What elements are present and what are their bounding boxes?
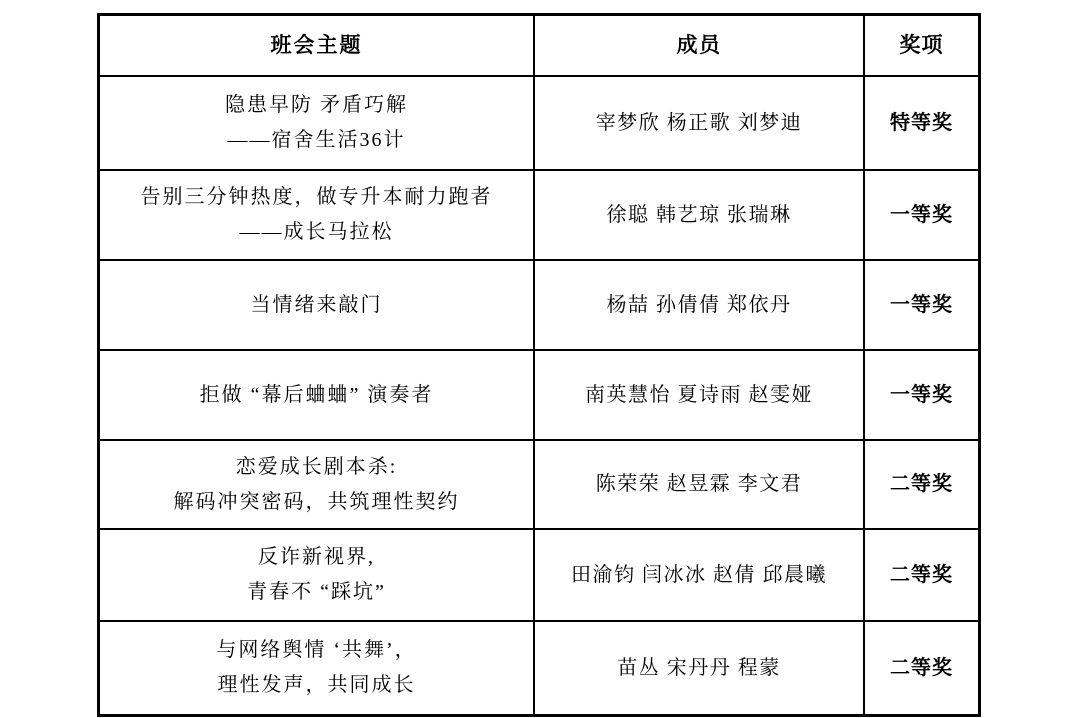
award-cell: 一等奖 bbox=[865, 351, 978, 441]
header-members: 成员 bbox=[535, 16, 865, 77]
theme-cell: 恋爱成长剧本杀: 解码冲突密码，共筑理性契约 bbox=[100, 441, 535, 530]
members-cell: 苗丛 宋丹丹 程蒙 bbox=[535, 622, 865, 714]
members-cell: 宰梦欣 杨正歌 刘梦迪 bbox=[535, 77, 865, 171]
award-cell: 一等奖 bbox=[865, 261, 978, 351]
award-cell: 二等奖 bbox=[865, 530, 978, 622]
award-cell: 一等奖 bbox=[865, 171, 978, 261]
award-cell: 二等奖 bbox=[865, 441, 978, 530]
award-cell: 二等奖 bbox=[865, 622, 978, 714]
award-cell: 特等奖 bbox=[865, 77, 978, 171]
theme-cell: 当情绪来敲门 bbox=[100, 261, 535, 351]
theme-cell: 拒做 “幕后蛐蛐” 演奏者 bbox=[100, 351, 535, 441]
class-meeting-award-table: 班会主题 成员 奖项 隐患早防 矛盾巧解 ——宿舍生活36计 宰梦欣 杨正歌 刘… bbox=[97, 13, 981, 717]
header-theme: 班会主题 bbox=[100, 16, 535, 77]
theme-cell: 与网络舆情 ‘共舞’， 理性发声，共同成长 bbox=[100, 622, 535, 714]
members-cell: 南英慧怡 夏诗雨 赵雯娅 bbox=[535, 351, 865, 441]
theme-cell: 告别三分钟热度，做专升本耐力跑者 ——成长马拉松 bbox=[100, 171, 535, 261]
theme-cell: 反诈新视界, 青春不 “踩坑” bbox=[100, 530, 535, 622]
members-cell: 田渝钧 闫冰冰 赵倩 邱晨曦 bbox=[535, 530, 865, 622]
theme-cell: 隐患早防 矛盾巧解 ——宿舍生活36计 bbox=[100, 77, 535, 171]
members-cell: 陈荣荣 赵昱霖 李文君 bbox=[535, 441, 865, 530]
members-cell: 徐聪 韩艺琼 张瑞琳 bbox=[535, 171, 865, 261]
header-award: 奖项 bbox=[865, 16, 978, 77]
page: 班会主题 成员 奖项 隐患早防 矛盾巧解 ——宿舍生活36计 宰梦欣 杨正歌 刘… bbox=[0, 0, 1080, 718]
members-cell: 杨喆 孙倩倩 郑依丹 bbox=[535, 261, 865, 351]
